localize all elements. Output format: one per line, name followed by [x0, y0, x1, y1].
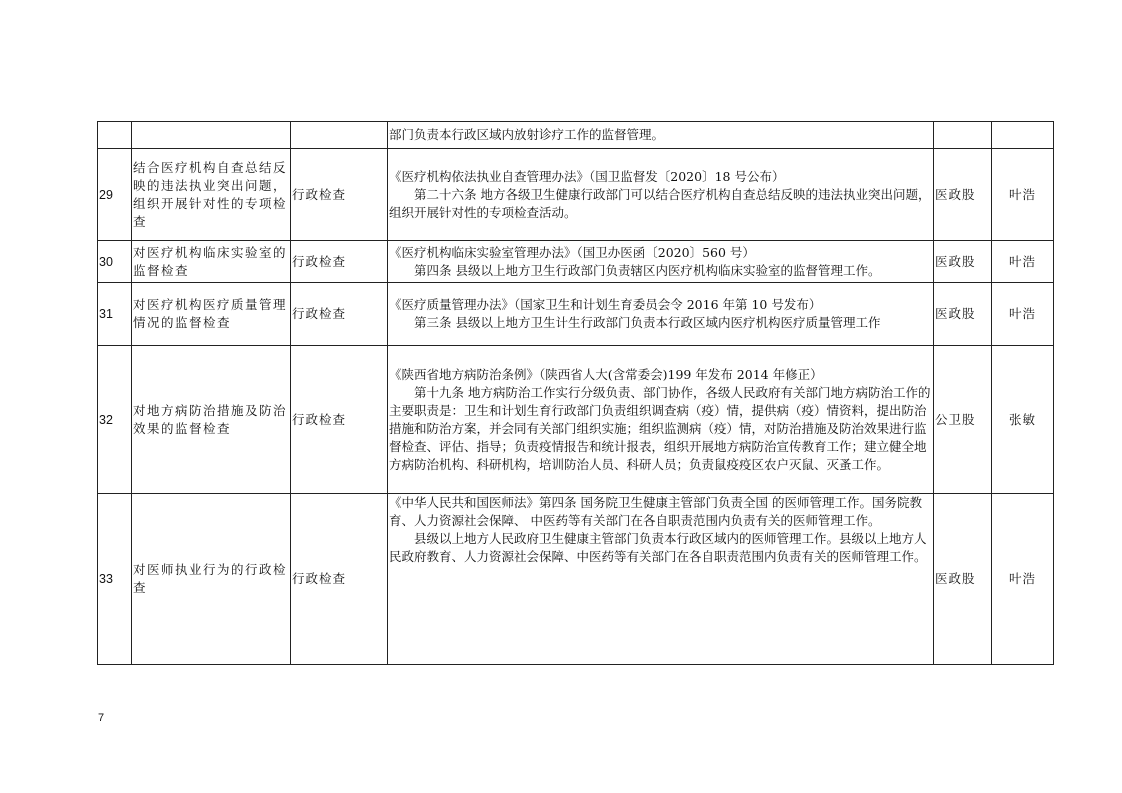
- legal-basis: 部门负责本行政区域内放射诊疗工作的监督管理。: [388, 122, 934, 149]
- responsible-person: 叶浩: [992, 149, 1054, 241]
- row-number: [98, 122, 132, 149]
- responsible-person: 叶浩: [992, 283, 1054, 346]
- basis-paragraph: 县级以上地方人民政府卫生健康主管部门负责本行政区域内的医师管理工作。县级以上地方…: [389, 530, 932, 548]
- row-number: 29: [98, 149, 132, 241]
- item-type: 行政检查: [291, 149, 388, 241]
- item-type: 行政检查: [291, 494, 388, 665]
- basis-paragraph: 部门负责本行政区域内放射诊疗工作的监督管理。: [389, 126, 932, 144]
- responsible-person: 张敏: [992, 346, 1054, 494]
- item-name: 对医师执业行为的行政检查: [132, 494, 291, 665]
- legal-basis: 《陕西省地方病防治条例》（陕西省人大(含常委会)199 年发布 2014 年修正…: [388, 346, 934, 494]
- basis-paragraph: 第十九条 地方病防治工作实行分级负责、部门协作，各级人民政府有关部门地方病防治工…: [389, 384, 932, 474]
- basis-paragraph: 《医疗机构临床实验室管理办法》（国卫办医函〔2020〕560 号）: [389, 244, 932, 262]
- basis-paragraph: 第三条 县级以上地方卫生计生行政部门负责本行政区域内医疗机构医疗质量管理工作: [389, 314, 932, 332]
- inspection-items-table: 部门负责本行政区域内放射诊疗工作的监督管理。 29 结合医疗机构自查总结反映的违…: [97, 121, 1054, 665]
- responsible-person: [992, 122, 1054, 149]
- item-type: 行政检查: [291, 283, 388, 346]
- responsible-dept: 医政股: [934, 241, 992, 283]
- item-type: 行政检查: [291, 346, 388, 494]
- table-row: 31 对医疗机构医疗质量管理情况的监督检查 行政检查 《医疗质量管理办法》（国家…: [98, 283, 1054, 346]
- item-type: [291, 122, 388, 149]
- table-row: 32 对地方病防治措施及防治效果的监督检查 行政检查 《陕西省地方病防治条例》（…: [98, 346, 1054, 494]
- basis-paragraph: 《中华人民共和国医师法》第四条 国务院卫生健康主管部门负责全国 的医师管理工作。…: [389, 494, 932, 530]
- basis-paragraph: 民政府教育、人力资源社会保障、中医药等有关部门在各自职责范围内负责有关的医师管理…: [389, 548, 932, 566]
- item-type: 行政检查: [291, 241, 388, 283]
- row-number: 33: [98, 494, 132, 665]
- item-name: [132, 122, 291, 149]
- legal-basis: 《医疗机构临床实验室管理办法》（国卫办医函〔2020〕560 号） 第四条 县级…: [388, 241, 934, 283]
- item-name: 对医疗机构临床实验室的监督检查: [132, 241, 291, 283]
- responsible-dept: 公卫股: [934, 346, 992, 494]
- table-row: 29 结合医疗机构自查总结反映的违法执业突出问题，组织开展针对性的专项检查 行政…: [98, 149, 1054, 241]
- legal-basis: 《医疗机构依法执业自查管理办法》（国卫监督发〔2020〕18 号公布） 第二十六…: [388, 149, 934, 241]
- responsible-person: 叶浩: [992, 241, 1054, 283]
- item-name: 对地方病防治措施及防治效果的监督检查: [132, 346, 291, 494]
- responsible-dept: 医政股: [934, 283, 992, 346]
- legal-basis: 《医疗质量管理办法》（国家卫生和计划生育委员会令 2016 年第 10 号发布）…: [388, 283, 934, 346]
- responsible-dept: 医政股: [934, 149, 992, 241]
- table-row: 30 对医疗机构临床实验室的监督检查 行政检查 《医疗机构临床实验室管理办法》（…: [98, 241, 1054, 283]
- responsible-dept: 医政股: [934, 494, 992, 665]
- table-row-continuation: 部门负责本行政区域内放射诊疗工作的监督管理。: [98, 122, 1054, 149]
- basis-paragraph: 《医疗机构依法执业自查管理办法》（国卫监督发〔2020〕18 号公布）: [389, 168, 932, 186]
- row-number: 31: [98, 283, 132, 346]
- responsible-person: 叶浩: [992, 494, 1054, 665]
- legal-basis: 《中华人民共和国医师法》第四条 国务院卫生健康主管部门负责全国 的医师管理工作。…: [388, 494, 934, 665]
- row-number: 30: [98, 241, 132, 283]
- basis-paragraph: 第二十六条 地方各级卫生健康行政部门可以结合医疗机构自查总结反映的违法执业突出问…: [389, 186, 932, 222]
- table-row: 33 对医师执业行为的行政检查 行政检查 《中华人民共和国医师法》第四条 国务院…: [98, 494, 1054, 665]
- item-name: 结合医疗机构自查总结反映的违法执业突出问题，组织开展针对性的专项检查: [132, 149, 291, 241]
- responsible-dept: [934, 122, 992, 149]
- basis-paragraph: 第四条 县级以上地方卫生行政部门负责辖区内医疗机构临床实验室的监督管理工作。: [389, 262, 932, 280]
- row-number: 32: [98, 346, 132, 494]
- basis-paragraph: 《医疗质量管理办法》（国家卫生和计划生育委员会令 2016 年第 10 号发布）: [389, 296, 932, 314]
- basis-paragraph: 《陕西省地方病防治条例》（陕西省人大(含常委会)199 年发布 2014 年修正…: [389, 366, 932, 384]
- item-name: 对医疗机构医疗质量管理情况的监督检查: [132, 283, 291, 346]
- page-number: 7: [98, 712, 104, 724]
